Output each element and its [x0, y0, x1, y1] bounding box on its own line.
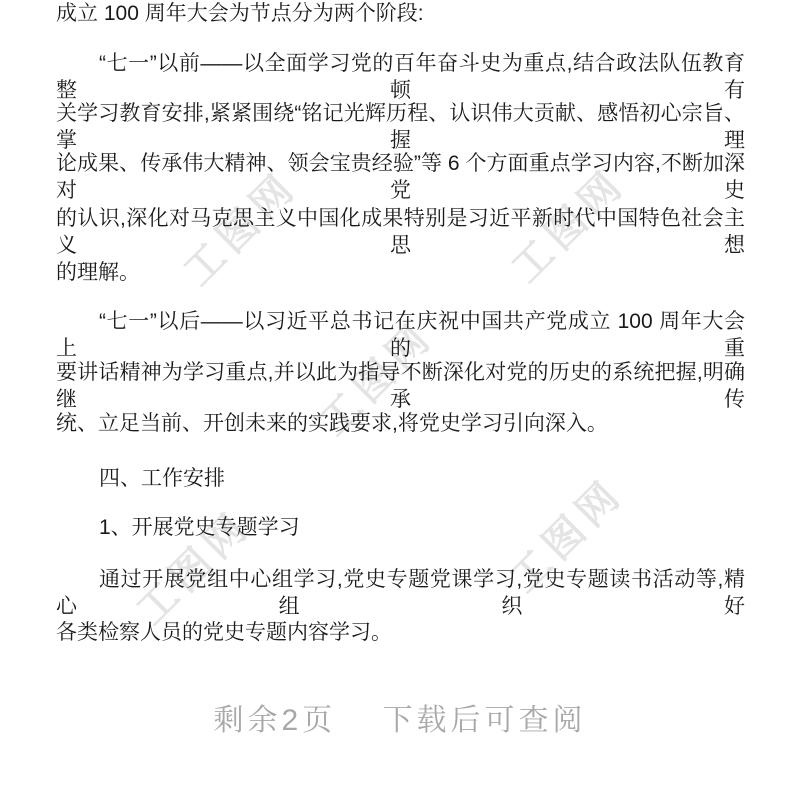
text-line: “七一”以后——以习近平总书记在庆祝中国共产党成立 100 周年大会上的重: [56, 308, 745, 362]
remaining-pages-label: 剩余2页: [213, 704, 336, 737]
text-line: “七一”以前——以全面学习党的百年奋斗史为重点,结合政法队伍教育整顿有: [56, 50, 745, 104]
section-heading: 四、工作安排: [56, 465, 745, 492]
text-line: 关学习教育安排,紧紧围绕“铭记光辉历程、认识伟大贡献、感悟初心宗旨、掌握理: [56, 100, 745, 154]
text-line: 论成果、传承伟大精神、领会宝贵经验”等 6 个方面重点学习内容,不断加深对党史: [56, 150, 745, 204]
text-line: 通过开展党组中心组学习,党史专题党课学习,党史专题读书活动等,精心组织好: [56, 566, 745, 620]
document-page: 工图网 工图网 工图网 工图网 工图网 成立 100 周年大会为节点分为两个阶段…: [0, 0, 800, 800]
text-line: 要讲话精神为学习重点,并以此为指导不断深化对党的历史的系统把握,明确继承传: [56, 359, 745, 413]
download-hint-label: 下载后可查阅: [383, 704, 587, 737]
text-line: 的理解。: [56, 259, 745, 286]
subsection-heading: 1、开展党史专题学习: [56, 514, 745, 541]
text-line: 统、立足当前、开创未来的实践要求,将党史学习引向深入。: [56, 410, 745, 437]
text-line: 成立 100 周年大会为节点分为两个阶段:: [56, 0, 745, 27]
pages-remaining-bar: 剩余2页 下载后可查阅: [0, 700, 800, 742]
text-line: 的认识,深化对马克思主义中国化成果特别是习近平新时代中国特色社会主义思想: [56, 205, 745, 259]
text-line: 各类检察人员的党史专题内容学习。: [56, 619, 745, 646]
document-body: 成立 100 周年大会为节点分为两个阶段: “七一”以前——以全面学习党的百年奋…: [0, 0, 800, 800]
